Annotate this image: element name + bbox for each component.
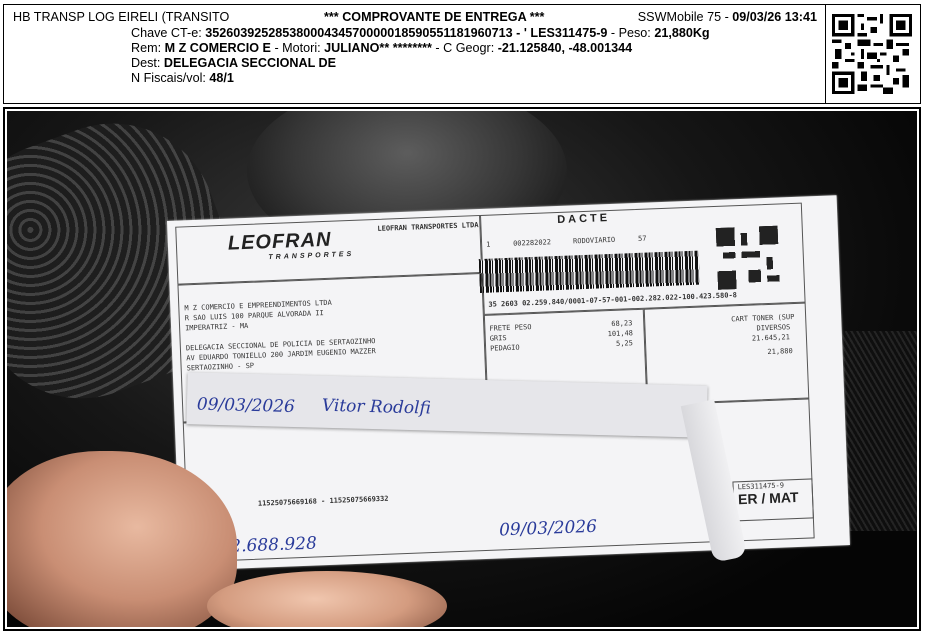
- chave-label: Chave CT-e:: [131, 26, 205, 40]
- app-datetime: 09/03/26 13:41: [732, 10, 817, 24]
- chave-cte-line: Chave CT-e: 3526039252853800043457000001…: [131, 26, 710, 41]
- nf-value: 48/1: [209, 71, 234, 85]
- pedagio-label: PEDAGIO: [490, 344, 520, 353]
- dacte-qr-code-icon: [716, 226, 780, 290]
- service-label: ER / MAT: [738, 489, 799, 507]
- handwritten-date-bottom: 09/03/2026: [499, 517, 598, 541]
- destinatario-line: Dest: DELEGACIA SECCIONAL DE: [131, 56, 336, 71]
- motorista-label: - Motori:: [274, 41, 324, 55]
- motorista-value: JULIANO** ********: [324, 41, 432, 55]
- ctrc-separator: - ': [513, 26, 531, 40]
- page-title: *** COMPROVANTE DE ENTREGA ***: [324, 10, 544, 25]
- peso-value: 21,880Kg: [654, 26, 709, 40]
- rem-value: M Z COMERCIO E: [165, 41, 275, 55]
- valor-mercadoria: 21.645,21: [752, 333, 790, 342]
- dest-value: DELEGACIA SECCIONAL DE: [164, 56, 336, 70]
- handwritten-date: 09/03/2026: [197, 394, 295, 417]
- peso-kg: 21,880: [767, 347, 793, 356]
- peso-label: - Peso:: [607, 26, 654, 40]
- remetente-line: Rem: M Z COMERCIO E - Motori: JULIANO** …: [131, 41, 632, 56]
- notas-fiscais-line: N Fiscais/vol: 48/1: [131, 71, 234, 86]
- especie-value: DIVERSOS: [756, 323, 790, 332]
- ctrc-value: LES311475-9: [530, 26, 607, 40]
- rem-label: Rem:: [131, 41, 165, 55]
- geo-value: -21.125840, -48.001344: [498, 41, 632, 55]
- gris-label: GRIS: [490, 334, 507, 343]
- dacte-title: DACTE: [557, 212, 610, 226]
- dest-label: Dest:: [131, 56, 164, 70]
- app-info: SSWMobile 75 - 09/03/26 13:41: [638, 10, 817, 25]
- nf-label: N Fiscais/vol:: [131, 71, 209, 85]
- header-info: HB TRANSP LOG EIRELI (TRANSITO *** COMPR…: [4, 5, 826, 103]
- modelo-value: 57: [638, 235, 647, 243]
- delivery-photo-frame: LEOFRANTRANSPORTES LEOFRAN TRANSPORTES L…: [3, 107, 921, 631]
- qr-section: [824, 5, 920, 103]
- gris-value: 101,48: [608, 329, 634, 338]
- chave-value: 3526039252853800043457000001859055118196…: [205, 26, 512, 40]
- leofran-logo: LEOFRANTRANSPORTES: [227, 228, 354, 263]
- serie-value: 1: [486, 241, 491, 249]
- qr-code-icon: [832, 14, 912, 94]
- geo-label: - C Geogr:: [432, 41, 498, 55]
- handwritten-signature: Vitor Rodolfi: [322, 396, 431, 419]
- receipt-header: HB TRANSP LOG EIRELI (TRANSITO *** COMPR…: [3, 4, 921, 104]
- hand-finger: [207, 571, 447, 627]
- logo-text: LEOFRAN: [227, 229, 331, 255]
- pedagio-value: 5,25: [616, 339, 633, 348]
- app-label: SSWMobile 75 -: [638, 10, 732, 24]
- frete-peso-value: 68,23: [611, 319, 632, 328]
- delivery-photo: LEOFRANTRANSPORTES LEOFRAN TRANSPORTES L…: [7, 111, 917, 627]
- modal-value: RODOVIARIO: [573, 236, 615, 246]
- numero-value: 002282022: [513, 238, 551, 247]
- frete-peso-label: FRETE PESO: [489, 323, 531, 333]
- company-name: HB TRANSP LOG EIRELI (TRANSITO: [13, 10, 229, 25]
